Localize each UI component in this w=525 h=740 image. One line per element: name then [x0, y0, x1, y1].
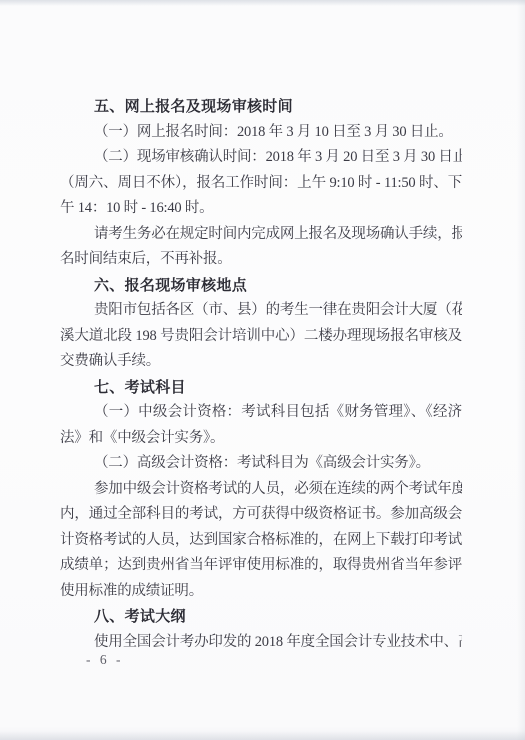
- text-line: 成绩单；达到贵州省当年评审使用标准的，取得贵州省当年参评: [60, 553, 462, 579]
- document-body: 五、网上报名及现场审核时间（一）网上报名时间：2018 年 3 月 10 日至 …: [60, 94, 462, 655]
- text-line: （周六、周日不休），报名工作时间：上午 9:10 时 - 11:50 时、下: [60, 171, 462, 197]
- section-heading: 五、网上报名及现场审核时间: [60, 94, 462, 120]
- page-number: - 6 -: [86, 650, 124, 670]
- text-line: 贵阳市包括各区（市、县）的考生一律在贵阳会计大厦（花: [60, 298, 462, 324]
- scanned-document-page: 五、网上报名及现场审核时间（一）网上报名时间：2018 年 3 月 10 日至 …: [0, 0, 525, 740]
- section-heading: 六、报名现场审核地点: [60, 273, 462, 299]
- section-heading: 八、考试大纲: [60, 604, 462, 630]
- text-line: 溪大道北段 198 号贵阳会计培训中心）二楼办理现场报名审核及: [60, 324, 462, 350]
- text-line: （二）高级会计资格：考试科目为《高级会计实务》。: [60, 451, 462, 477]
- text-line: 名时间结束后，不再补报。: [60, 247, 462, 273]
- text-line: 午 14：10 时 - 16:40 时。: [60, 196, 462, 222]
- text-line: 使用标准的成绩证明。: [60, 579, 462, 605]
- text-line: 法》和《中级会计实务》。: [60, 426, 462, 452]
- text-line: 参加中级会计资格考试的人员，必须在连续的两个考试年度: [60, 477, 462, 503]
- text-line: 交费确认手续。: [60, 349, 462, 375]
- text-line: （一）网上报名时间：2018 年 3 月 10 日至 3 月 30 日止。: [60, 120, 462, 146]
- text-line: 请考生务必在规定时间内完成网上报名及现场确认手续，报: [60, 222, 462, 248]
- text-line: 计资格考试的人员，达到国家合格标准的，在网上下载打印考试: [60, 528, 462, 554]
- scan-artifact-bottom-edge: [0, 731, 525, 740]
- text-line: 内，通过全部科目的考试，方可获得中级资格证书。参加高级会: [60, 502, 462, 528]
- scan-artifact-right-edge: [517, 0, 525, 740]
- text-line: （二）现场审核确认时间：2018 年 3 月 20 日至 3 月 30 日止: [60, 145, 462, 171]
- scan-artifact-top-edge: [0, 0, 525, 6]
- section-heading: 七、考试科目: [60, 375, 462, 401]
- text-line: （一）中级会计资格：考试科目包括《财务管理》、《经济: [60, 400, 462, 426]
